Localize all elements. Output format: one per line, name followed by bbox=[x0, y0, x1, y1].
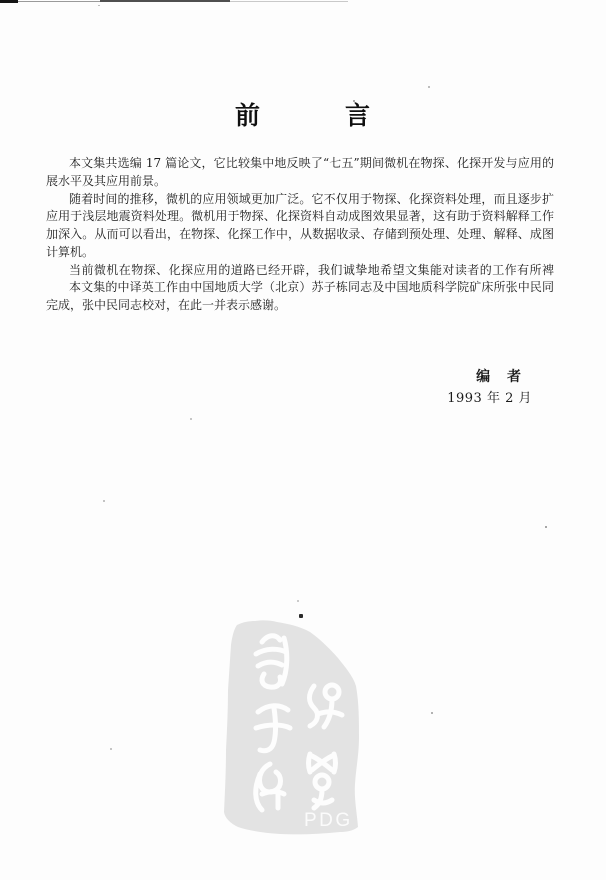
pdg-watermark-seal: PDG bbox=[218, 616, 364, 838]
scan-speck bbox=[98, 5, 100, 6]
page-title-char: 前 bbox=[235, 102, 261, 130]
scan-artifact-line bbox=[18, 1, 100, 2]
pdg-watermark-label: PDG bbox=[304, 810, 353, 831]
scanned-preface-page: 前 言 本文集共选编 17 篇论文，它比较集中地反映了“七五”期间微机在物探、化… bbox=[0, 0, 606, 880]
seal-stone-graphic: PDG bbox=[218, 616, 364, 838]
body-line: 应用于浅层地震资料处理。微机用于物探、化探资料自动成图效果显著，这有助于资料解释… bbox=[46, 208, 554, 226]
page-title: 前 言 bbox=[0, 102, 606, 130]
body-line: 本文集的中译英工作由中国地质大学（北京）苏子栋同志及中国地质科学院矿床所张中民同… bbox=[46, 279, 554, 297]
body-line: 展水平及其应用前景。 bbox=[46, 173, 554, 191]
signature-date: 1993 年 2 月 bbox=[447, 387, 532, 406]
scan-speck bbox=[190, 418, 192, 420]
body-line: 计算机。 bbox=[46, 244, 554, 262]
body-line: 完成，张中民同志校对，在此一并表示感谢。 bbox=[46, 297, 554, 315]
body-line: 随着时间的推移，微机的应用领域更加广泛。它不仅用于物探、化探资料处理，而且逐步扩… bbox=[46, 191, 554, 209]
preface-body: 本文集共选编 17 篇论文，它比较集中地反映了“七五”期间微机在物探、化探开发与… bbox=[46, 155, 554, 315]
scan-speck bbox=[428, 86, 430, 88]
scan-artifact-line bbox=[230, 1, 348, 2]
scan-speck bbox=[103, 500, 105, 502]
scan-speck bbox=[110, 748, 112, 750]
body-line: 本文集共选编 17 篇论文，它比较集中地反映了“七五”期间微机在物探、化探开发与… bbox=[46, 155, 554, 173]
page-title-char: 言 bbox=[345, 102, 371, 130]
body-line: 当前微机在物探、化探应用的道路已经开辟，我们诚挚地希望文集能对读者的工作有所裨益… bbox=[46, 262, 554, 280]
scan-speck bbox=[297, 600, 299, 602]
scan-speck bbox=[431, 712, 433, 714]
body-line: 加深入。从而可以看出，在物探、化探工作中，从数据收录、存储到预处理、处理、解释、… bbox=[46, 226, 554, 244]
editor-signature: 编 者 bbox=[476, 366, 522, 386]
scan-artifact-line bbox=[100, 0, 230, 2]
scan-artifact-line bbox=[0, 0, 18, 3]
scan-speck bbox=[545, 526, 547, 528]
